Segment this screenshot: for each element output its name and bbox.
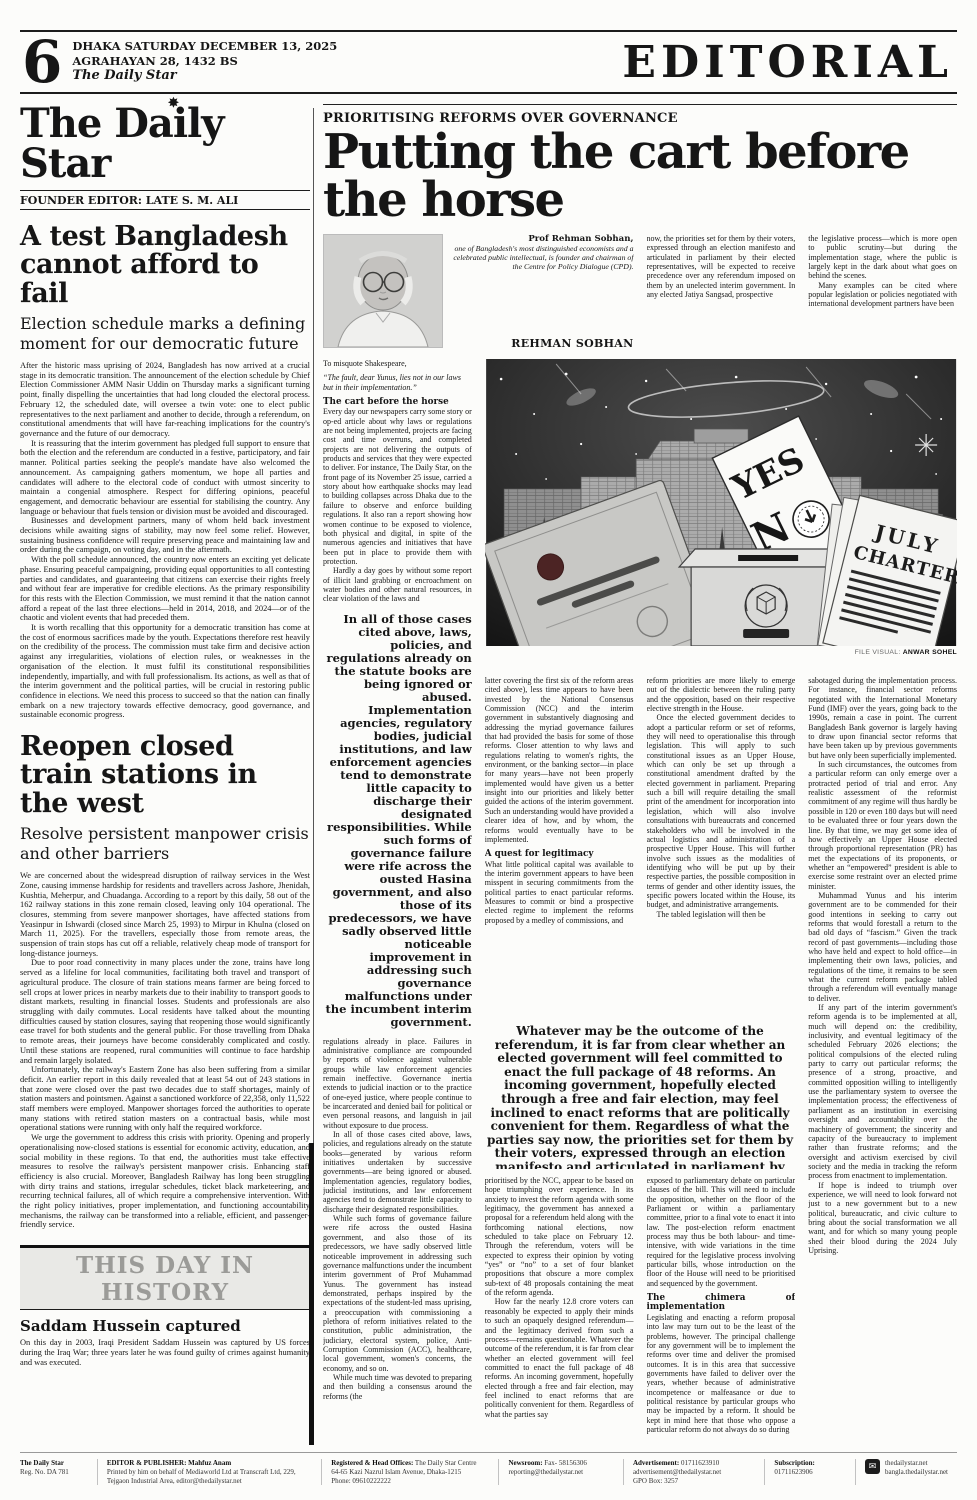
image-caption: FILE VISUAL: ANWAR SOHEL: [485, 649, 957, 656]
article-column-2-mid: latter covering the first six of the ref…: [485, 676, 634, 1014]
paragraph: With the poll schedule announced, the co…: [20, 555, 310, 623]
footer-brand: The Daily Star Reg. No. DA 781: [20, 1459, 97, 1485]
footer-web: ✉ thedailystar.net bangla.thedailystar.n…: [855, 1459, 957, 1485]
paragraph: We are concerned about the widespread di…: [20, 871, 310, 958]
subhead: The cart before the horse: [323, 398, 472, 407]
paragraph: If any part of the interim government's …: [808, 1003, 957, 1181]
epigraph-quote: “The fault, dear Yunus, lies not in our …: [323, 373, 472, 392]
author-name: Prof Rehman Sobhan,: [451, 234, 634, 244]
footer-office-name: The Daily Star Centre: [415, 1459, 477, 1467]
pull-quote-2: Whatever may be the outcome of the refer…: [485, 1021, 796, 1169]
editorial-2: Reopen closed train stations in the west…: [20, 733, 310, 1230]
footer-reg-no: Reg. No. DA 781: [20, 1468, 88, 1477]
paragraph: reform priorities are more likely to eme…: [647, 676, 796, 713]
paragraph: Due to poor road connectivity in many pl…: [20, 958, 310, 1065]
article-column-3-mid: reform priorities are more likely to eme…: [647, 676, 796, 1014]
footer-editor-label: EDITOR & PUBLISHER: Mahfuz Anam: [107, 1459, 312, 1468]
paragraph: It is worth recalling that this opportun…: [20, 623, 310, 720]
column-divider-thick: [309, 1143, 314, 1445]
footer-office: Registered & Head Offices: The Daily Sta…: [321, 1459, 498, 1485]
footer-newsroom-fax: Fax- 58156306: [544, 1459, 587, 1467]
dateline-bangla: AGRAHAYAN 28, 1432 BS: [72, 54, 337, 69]
daily-star-logo: ✸ The Daily Star: [20, 104, 310, 184]
footer-sub-label: Subscription:: [774, 1459, 846, 1468]
footer-office-phone: Phone: 09610222222: [331, 1477, 489, 1486]
footer-newsroom: Newsroom: Fax- 58156306 reporting@thedai…: [498, 1459, 623, 1485]
paragraph: If hope is indeed to triumph over experi…: [808, 1181, 957, 1256]
paragraph: The tabled legislation will then be: [647, 910, 796, 919]
paragraph: exposed to parliamentary debate on parti…: [647, 1176, 796, 1288]
page-header-left: 6 DHAKA SATURDAY DECEMBER 13, 2025 AGRAH…: [20, 36, 337, 88]
paragraph: regulations already in place. Failures i…: [323, 1037, 472, 1130]
author-photo-image: [324, 235, 442, 347]
article-column-3-bottom: exposed to parliamentary debate on parti…: [647, 1176, 796, 1494]
paragraph: After the historic mass uprising of 2024…: [20, 361, 310, 439]
paragraph: What little political capital was availa…: [485, 860, 634, 925]
subhead: A quest for legitimacy: [485, 850, 634, 859]
paragraph: the legislative process—which is more op…: [808, 234, 957, 281]
footer-website: thedailystar.net: [885, 1459, 948, 1468]
paragraph: Once the elected government decides to a…: [647, 713, 796, 909]
dateline: DHAKA SATURDAY DECEMBER 13, 2025 AGRAHAY…: [72, 39, 337, 86]
main-article: PRIORITISING REFORMS OVER GOVERNANCE Put…: [323, 104, 957, 1494]
history-title: Saddam Hussein captured: [20, 1317, 310, 1335]
footer-ad-phone: 01711623910: [681, 1459, 719, 1467]
paragraph: Every day our newspapers carry some stor…: [323, 407, 472, 566]
footer-brand-name: The Daily Star: [20, 1459, 88, 1468]
paragraph: Legislating and enacting a reform propos…: [647, 1313, 796, 1434]
intro-column-4: the legislative process—which is more op…: [808, 234, 957, 352]
editorial1-subhead: Election schedule marks a defining momen…: [20, 314, 310, 353]
author-photo: [323, 234, 443, 348]
paragraph: Muhammad Yunus and his interim governmen…: [808, 891, 957, 1003]
article-column-4: sabotaged during the implementation proc…: [808, 676, 957, 1494]
july-charter-document: JULY CHARTER: [816, 495, 957, 646]
paragraph: Unfortunately, the railway's Eastern Zon…: [20, 1065, 310, 1133]
footer-ad-email: advertisement@thedailystar.net: [633, 1468, 755, 1477]
paragraph: While much time was devoted to preparing…: [323, 1373, 472, 1401]
footer-office-address: 64-65 Kazi Nazrul Islam Avenue, Dhaka-12…: [331, 1468, 489, 1477]
this-day-in-history: THIS DAY IN HISTORY Saddam Hussein captu…: [20, 1245, 310, 1368]
article-headline: Putting the cart before the horse: [323, 128, 957, 224]
paragraph: Many examples can be cited where popular…: [808, 281, 957, 309]
editorial1-body: After the historic mass uprising of 2024…: [20, 361, 310, 720]
paragraph: In all of those cases cited above, laws,…: [323, 1130, 472, 1214]
author-bio-block: Prof Rehman Sobhan, one of Bangladesh's …: [443, 234, 634, 352]
history-band-title: THIS DAY IN HISTORY: [20, 1248, 310, 1310]
imprint-footer: The Daily Star Reg. No. DA 781 EDITOR & …: [20, 1452, 957, 1485]
paragraph: How far the nearly 12.8 crore voters can…: [485, 1297, 634, 1418]
website-icon: ✉: [865, 1459, 880, 1474]
logo-text: The Daily Star: [20, 100, 223, 187]
footer-newsroom-label: Newsroom:: [508, 1459, 542, 1467]
paragraph: It is reassuring that the interim govern…: [20, 439, 310, 517]
paragraph: While such forms of governance failure w…: [323, 1214, 472, 1373]
article-illustration: YES N: [485, 359, 957, 669]
paragraph: In such circumstances, the outcomes from…: [808, 760, 957, 891]
founder-editor-line: FOUNDER EDITOR: LATE S. M. ALI: [20, 190, 310, 210]
paragraph: To misquote Shakespeare,: [323, 359, 472, 368]
mini-masthead: The Daily Star: [72, 68, 337, 85]
footer-subscription: Subscription: 01711623906: [764, 1459, 855, 1485]
article-body: Prof Rehman Sobhan, one of Bangladesh's …: [323, 234, 957, 1494]
footer-sub-phone: 01711623906: [774, 1468, 846, 1477]
caption-credit: ANWAR SOHEL: [903, 649, 957, 656]
paragraph: We urge the government to address this c…: [20, 1133, 310, 1230]
footer-newsroom-email: reporting@thedailystar.net: [508, 1468, 614, 1477]
footer-website-bangla: bangla.thedailystar.net: [885, 1468, 948, 1477]
page-header: 6 DHAKA SATURDAY DECEMBER 13, 2025 AGRAH…: [20, 30, 957, 94]
editorial2-headline: Reopen closed train stations in the west: [20, 733, 310, 818]
editorial-1: A test Bangladesh cannot afford to fail …: [20, 223, 310, 720]
illustration-image: YES N: [485, 359, 957, 646]
editorial-sidebar: ✸ The Daily Star FOUNDER EDITOR: LATE S.…: [20, 104, 310, 1368]
footer-advertisement: Advertisement: 01711623910 advertisement…: [623, 1459, 764, 1485]
paragraph: latter covering the first six of the ref…: [485, 676, 634, 844]
editorial1-headline: A test Bangladesh cannot afford to fail: [20, 223, 310, 308]
paragraph: sabotaged during the implementation proc…: [808, 676, 957, 760]
sun-icon: ✸: [168, 97, 178, 110]
dateline-gregorian: DHAKA SATURDAY DECEMBER 13, 2025: [72, 39, 337, 54]
editorial2-body: We are concerned about the widespread di…: [20, 871, 310, 1230]
footer-editor: EDITOR & PUBLISHER: Mahfuz Anam Printed …: [97, 1459, 321, 1485]
author-bio: one of Bangladesh's most distinguished e…: [451, 244, 634, 272]
paragraph: now, the priorities set for them by thei…: [647, 234, 796, 299]
subhead: The chimera of implementation: [647, 1294, 796, 1313]
editorial2-subhead: Resolve persistent manpower crisis and o…: [20, 824, 310, 863]
paragraph: Businesses and development partners, man…: [20, 516, 310, 555]
article-column-1: To misquote Shakespeare, “The fault, dea…: [323, 359, 472, 1494]
paragraph: Hardly a day goes by without some report…: [323, 566, 472, 603]
author-block: Prof Rehman Sobhan, one of Bangladesh's …: [323, 234, 634, 352]
newspaper-page: 6 DHAKA SATURDAY DECEMBER 13, 2025 AGRAH…: [0, 0, 977, 1500]
footer-ad-label: Advertisement:: [633, 1459, 679, 1467]
article-column-2-bottom: prioritised by the NCC, appear to be bas…: [485, 1176, 634, 1494]
intro-column-3: now, the priorities set for them by thei…: [647, 234, 796, 352]
page-number: 6: [22, 36, 62, 88]
paragraph: prioritised by the NCC, appear to be bas…: [485, 1176, 634, 1297]
byline: REHMAN SOBHAN: [451, 337, 634, 352]
section-title: EDITORIAL: [622, 37, 953, 88]
article-top-rule: [323, 104, 957, 105]
pull-quote-1: In all of those cases cited above, laws,…: [323, 613, 472, 1029]
caption-label: FILE VISUAL:: [855, 649, 901, 656]
history-body: On this day in 2003, Iraqi President Sad…: [20, 1338, 310, 1368]
footer-office-label: Registered & Head Offices:: [331, 1459, 413, 1467]
footer-ad-gpo-box: GPO Box: 3257: [633, 1477, 755, 1486]
footer-editor-detail: Printed by him on behalf of Mediaworld L…: [107, 1468, 312, 1486]
